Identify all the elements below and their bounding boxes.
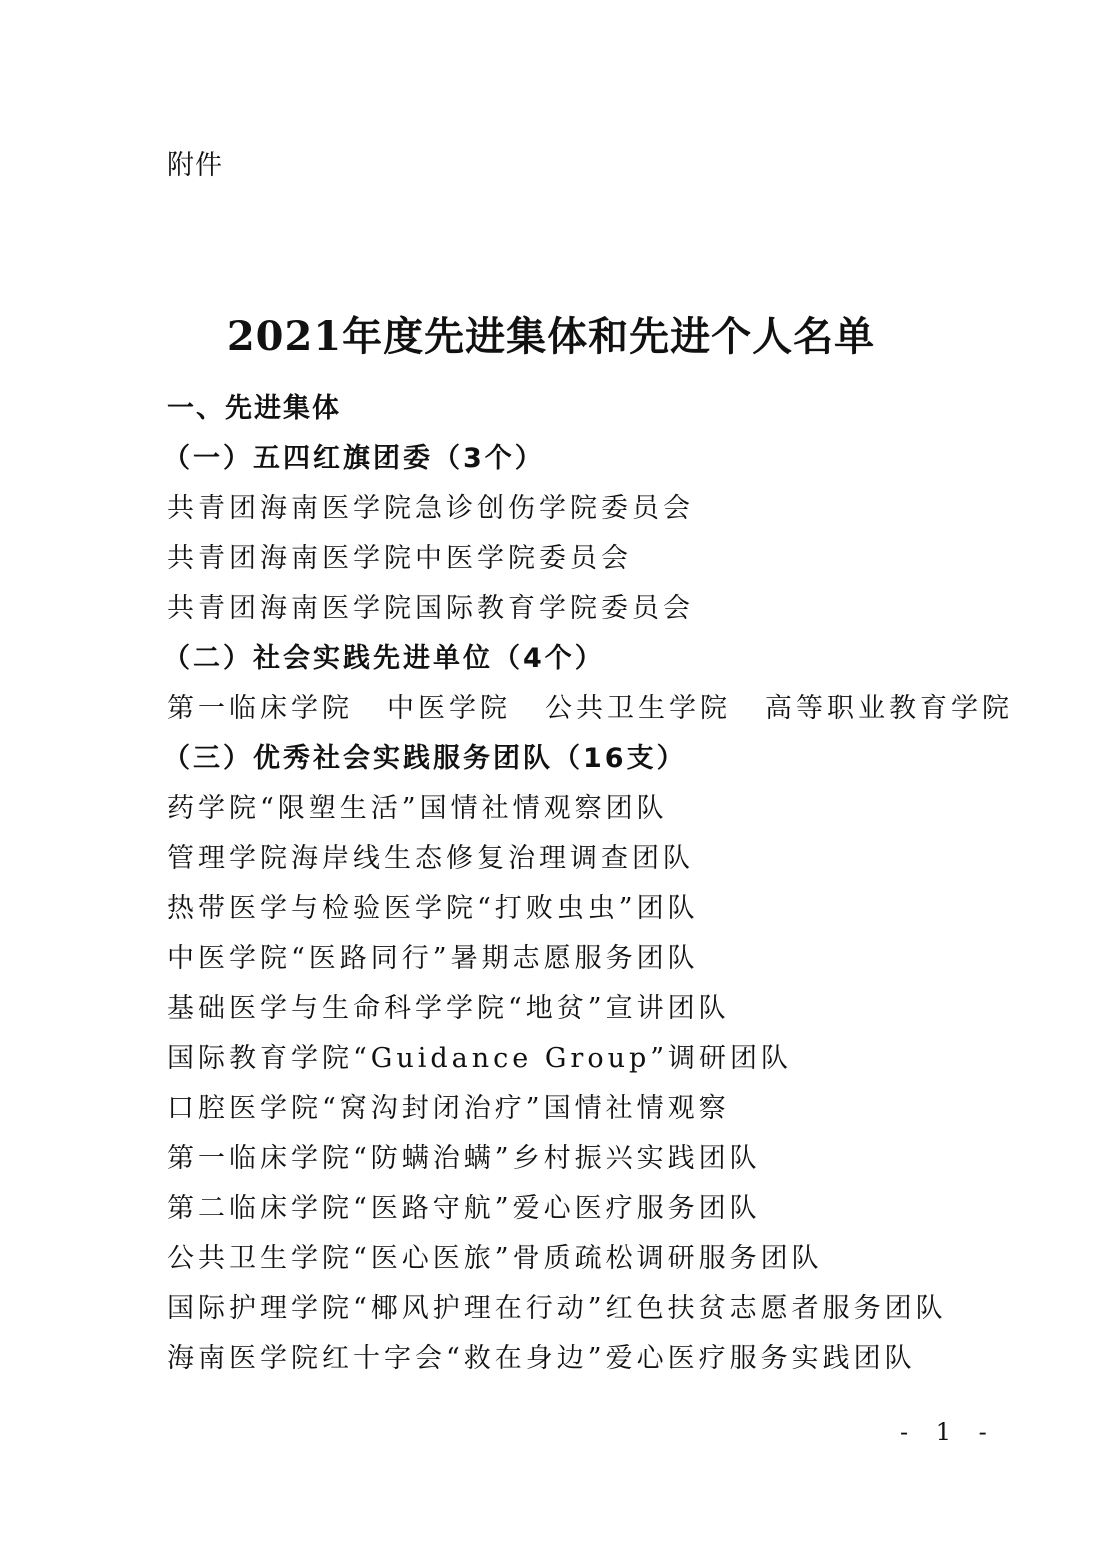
attachment-label: 附件 bbox=[167, 143, 223, 182]
list-item: 药学院“限塑生活”国情社情观察团队 bbox=[167, 784, 1047, 834]
document-body: 一、先进集体 （一）五四红旗团委（3个） 共青团海南医学院急诊创伤学院委员会 共… bbox=[167, 384, 1047, 1384]
subsection-heading: （三）优秀社会实践服务团队（16支） bbox=[163, 734, 1047, 784]
subsection-heading: （二）社会实践先进单位（4个） bbox=[163, 634, 1047, 684]
list-item: 公共卫生学院“医心医旅”骨质疏松调研服务团队 bbox=[167, 1234, 1047, 1284]
section-heading: 一、先进集体 bbox=[167, 384, 1047, 434]
list-item: 热带医学与检验医学院“打败虫虫”团队 bbox=[167, 884, 1047, 934]
subsection-heading: （一）五四红旗团委（3个） bbox=[163, 434, 1047, 484]
list-item: 第二临床学院“医路守航”爱心医疗服务团队 bbox=[167, 1184, 1047, 1234]
list-item: 共青团海南医学院国际教育学院委员会 bbox=[167, 584, 1047, 634]
list-item: 第一临床学院 bbox=[167, 684, 353, 734]
list-item: 中医学院 bbox=[387, 684, 511, 734]
list-item: 第一临床学院“防螨治螨”乡村振兴实践团队 bbox=[167, 1134, 1047, 1184]
list-item: 中医学院“医路同行”暑期志愿服务团队 bbox=[167, 934, 1047, 984]
document-title: 2021年度先进集体和先进个人名单 bbox=[0, 305, 1102, 362]
list-item: 国际护理学院“椰风护理在行动”红色扶贫志愿者服务团队 bbox=[167, 1284, 1047, 1334]
page-number: - 1 - bbox=[900, 1418, 997, 1446]
list-item: 管理学院海岸线生态修复治理调查团队 bbox=[167, 834, 1047, 884]
list-item: 共青团海南医学院急诊创伤学院委员会 bbox=[167, 484, 1047, 534]
document-page: 附件 2021年度先进集体和先进个人名单 一、先进集体 （一）五四红旗团委（3个… bbox=[0, 0, 1102, 1559]
list-item: 共青团海南医学院中医学院委员会 bbox=[167, 534, 1047, 584]
list-item: 公共卫生学院 bbox=[545, 684, 731, 734]
list-item: 国际教育学院“Guidance Group”调研团队 bbox=[167, 1034, 1047, 1084]
list-item: 海南医学院红十字会“救在身边”爱心医疗服务实践团队 bbox=[167, 1334, 1047, 1384]
list-item: 口腔医学院“窝沟封闭治疗”国情社情观察 bbox=[167, 1084, 1047, 1134]
list-item: 高等职业教育学院 bbox=[765, 684, 1013, 734]
list-item: 基础医学与生命科学学院“地贫”宣讲团队 bbox=[167, 984, 1047, 1034]
unit-list: 第一临床学院中医学院公共卫生学院高等职业教育学院 bbox=[167, 684, 1047, 734]
